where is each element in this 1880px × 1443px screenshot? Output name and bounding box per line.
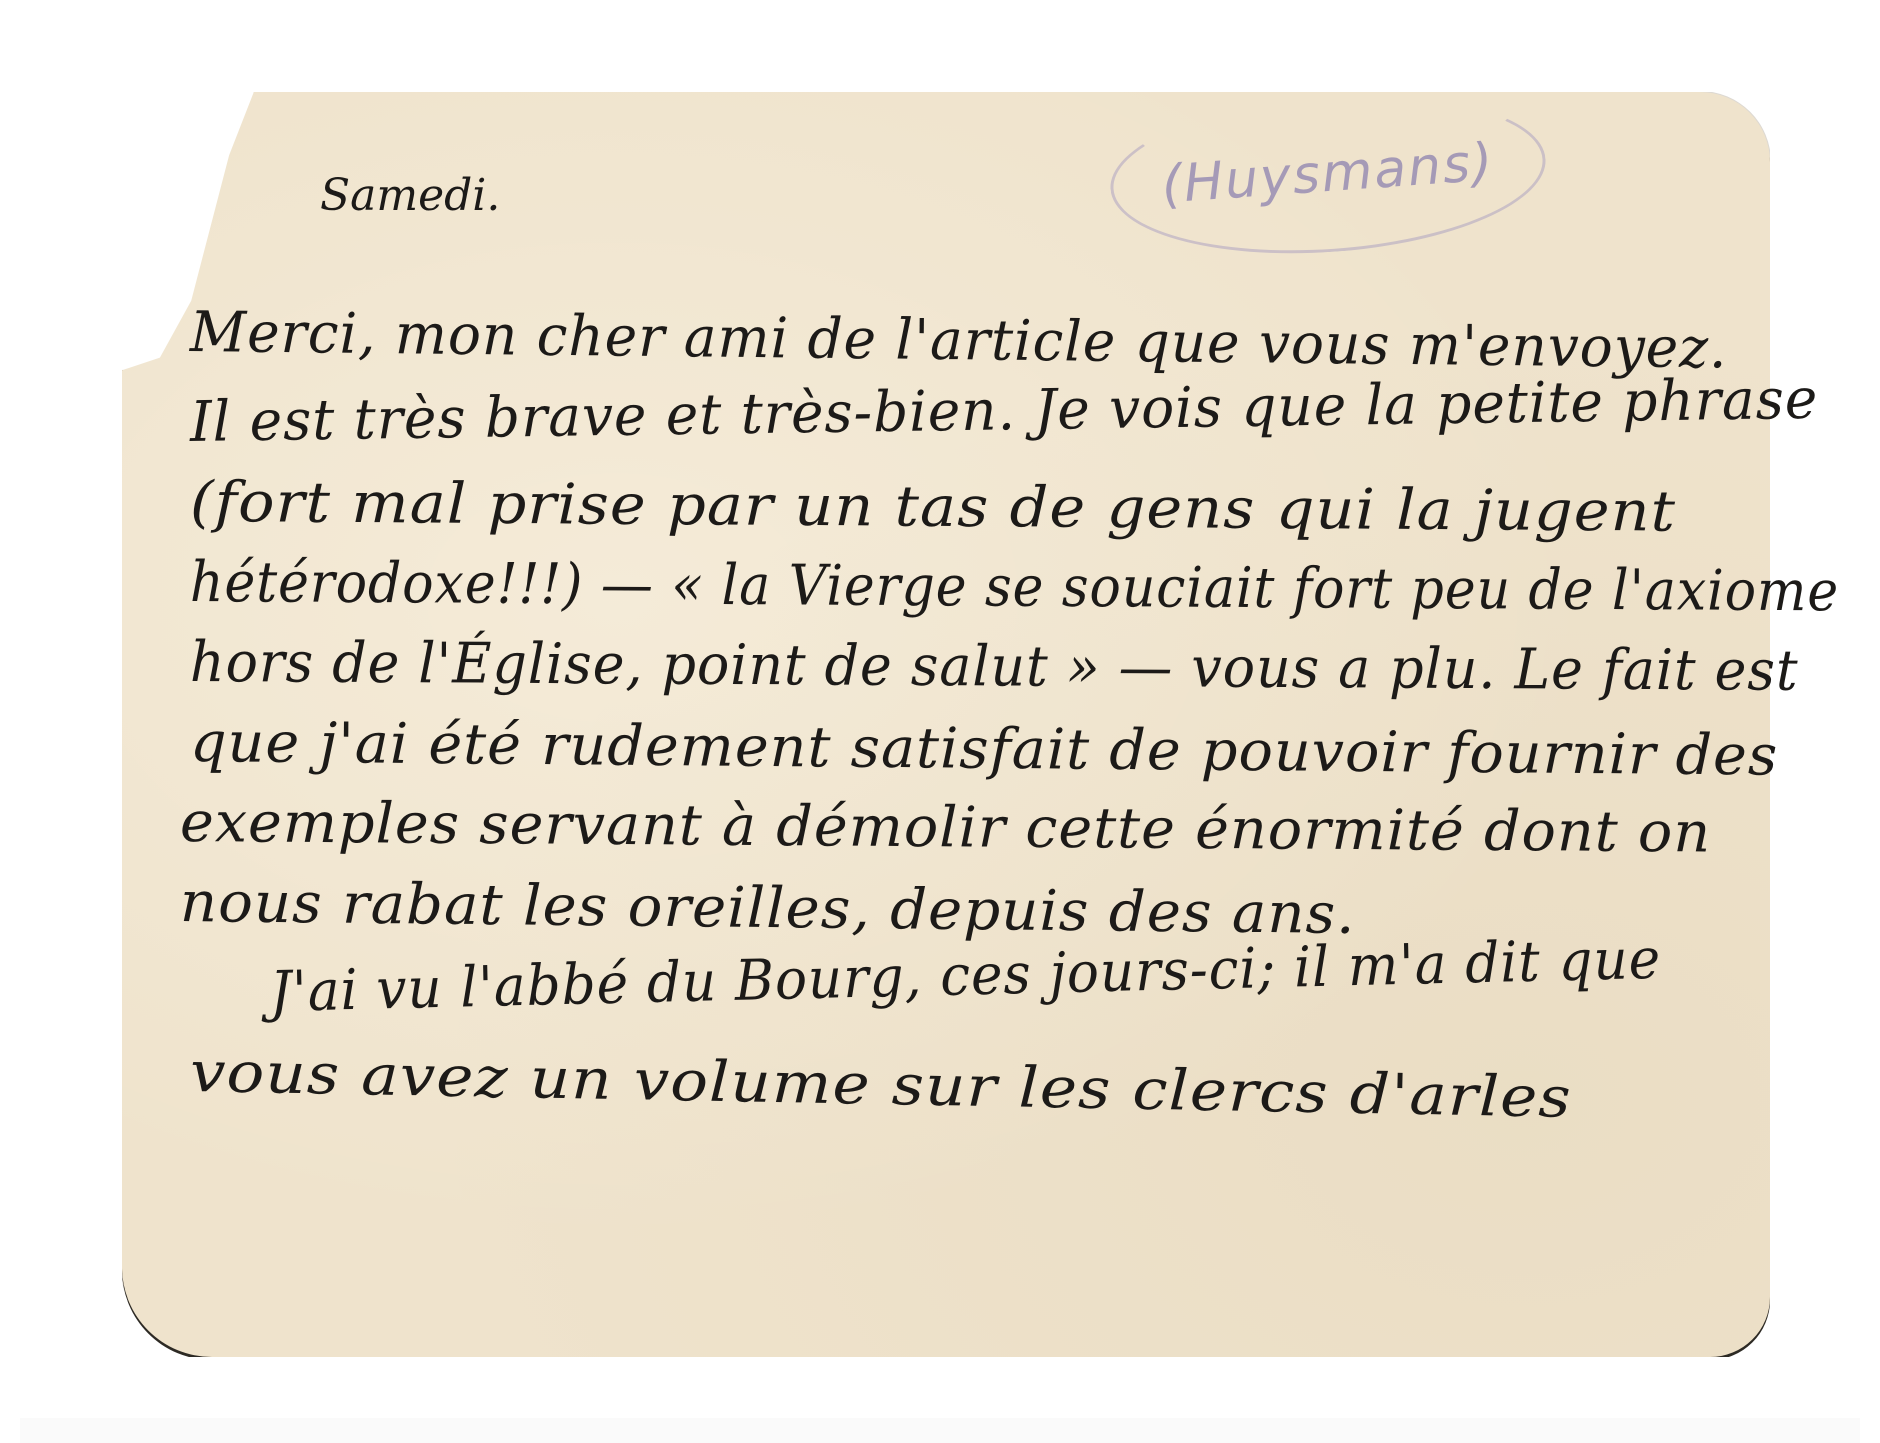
letter-line: que j'ai été rudement satisfait de pouvo… [190, 710, 1779, 789]
letter-line: hétérodoxe!!!) — « la Vierge se souciait… [190, 550, 1839, 624]
letter-line: (fort mal prise par un tas de gens qui l… [190, 470, 1677, 545]
letter-line: nous rabat les oreilles, depuis des ans. [180, 870, 1356, 947]
letter-date: Samedi. [320, 170, 500, 221]
letter-line: hors de l'Église, point de salut » — vou… [190, 630, 1799, 704]
background-strip [20, 1418, 1860, 1443]
letter-line: exemples servant à démolir cette énormit… [180, 790, 1712, 865]
annotation-text: (Huysmans) [1160, 132, 1496, 215]
